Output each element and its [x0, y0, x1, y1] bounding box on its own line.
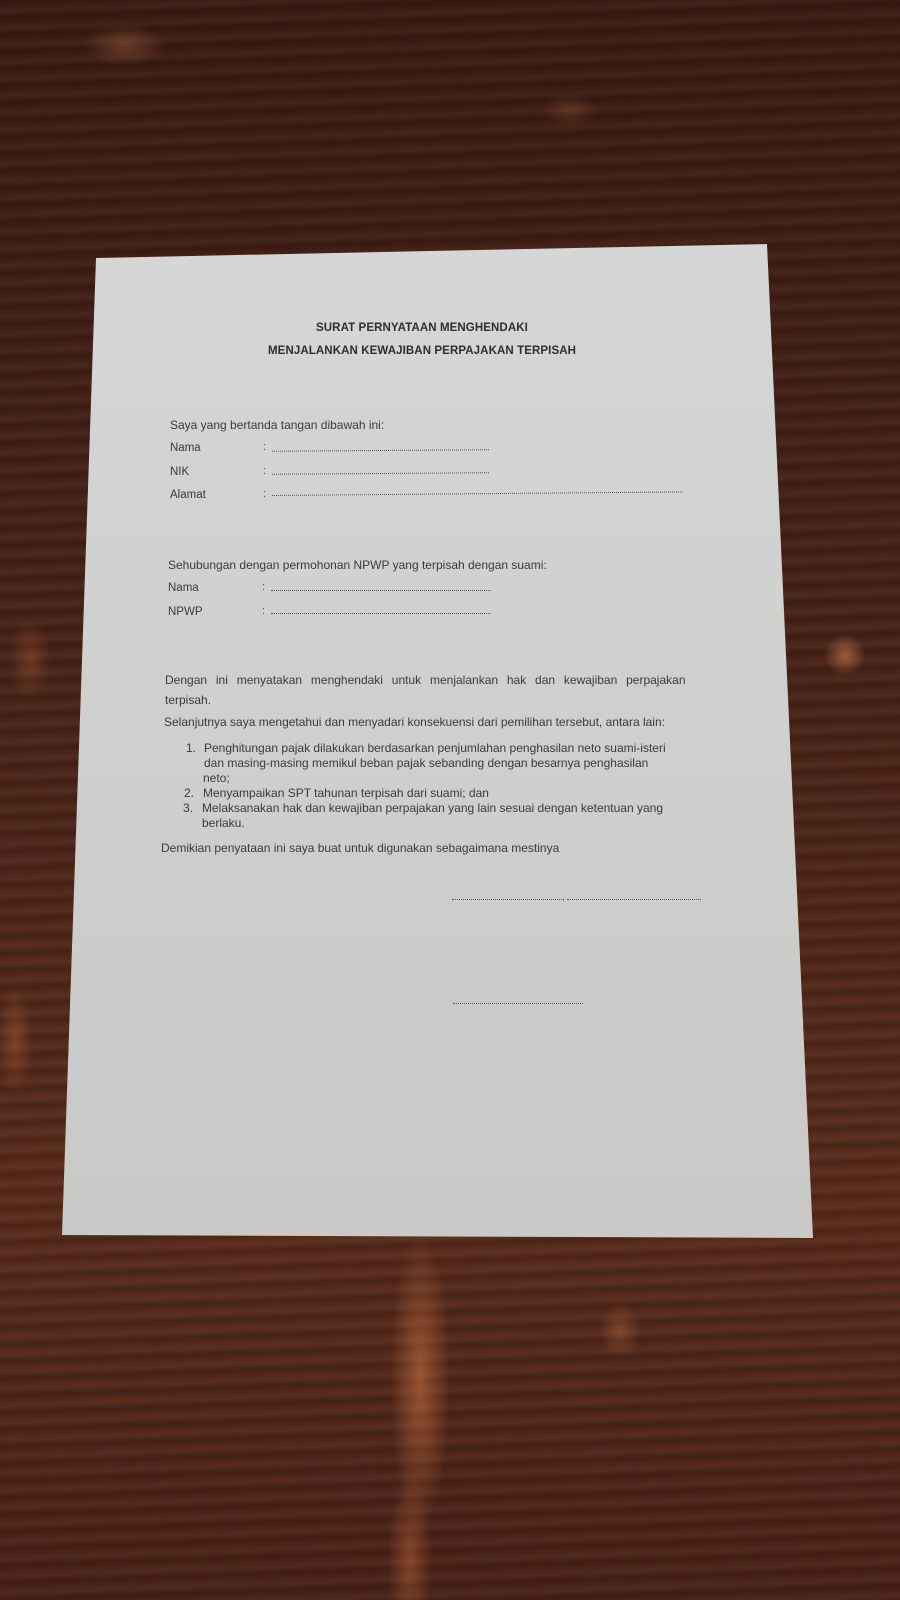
list-item-1-line-1: Penghitungan pajak dilakukan berdasarkan…	[204, 741, 666, 755]
document-title-line-2: MENJALANKAN KEWAJIBAN PERPAJAKAN TERPISA…	[268, 345, 576, 357]
closing-statement: Demikian penyataan ini saya buat untuk d…	[161, 841, 559, 855]
field-colon: :	[262, 605, 265, 617]
field-colon: :	[263, 465, 266, 477]
npwp-input-line[interactable]	[271, 612, 491, 614]
date-input-line[interactable]	[567, 898, 701, 900]
field-label-nama-suami: Nama	[168, 582, 199, 594]
list-item-3-line-1: Melaksanakan hak dan kewajiban perpajaka…	[202, 801, 663, 815]
field-label-npwp: NPWP	[168, 606, 203, 618]
statement-form: SURAT PERNYATAAN MENGHENDAKI MENJALANKAN…	[0, 0, 900, 1600]
list-item-2-line-1: Menyampaikan SPT tahunan terpisah dari s…	[203, 786, 489, 800]
place-input-line[interactable]	[452, 898, 562, 900]
field-label-alamat: Alamat	[170, 489, 206, 501]
alamat-input-line[interactable]	[272, 490, 683, 496]
list-item-3-line-2: berlaku.	[202, 816, 245, 830]
section2-intro: Sehubungan dengan permohonan NPWP yang t…	[168, 558, 547, 572]
section1-intro: Saya yang bertanda tangan dibawah ini:	[170, 418, 384, 432]
field-label-nama: Nama	[170, 442, 201, 454]
field-colon: :	[263, 441, 266, 453]
nama-suami-input-line[interactable]	[271, 589, 491, 591]
list-number-2: 2.	[184, 786, 194, 800]
document-title-line-1: SURAT PERNYATAAN MENGHENDAKI	[316, 322, 528, 334]
consequence-intro: Selanjutnya saya mengetahui dan menyadar…	[164, 715, 665, 729]
list-item-1-line-3: neto;	[203, 771, 230, 785]
nama-input-line[interactable]	[272, 448, 489, 452]
field-colon: :	[262, 581, 265, 593]
field-label-nik: NIK	[170, 466, 189, 478]
list-number-3: 3.	[183, 801, 193, 815]
list-item-1-line-2: dan masing-masing memikul beban pajak se…	[204, 756, 648, 770]
list-number-1: 1.	[186, 741, 196, 755]
declaration-line-1: Dengan ini menyatakan menghendaki untuk …	[165, 673, 699, 687]
place-date-comma: ,	[562, 892, 565, 903]
field-colon: :	[263, 488, 266, 500]
nik-input-line[interactable]	[272, 471, 489, 475]
declaration-line-2: terpisah.	[165, 693, 211, 707]
signature-name-line[interactable]	[453, 1002, 583, 1004]
